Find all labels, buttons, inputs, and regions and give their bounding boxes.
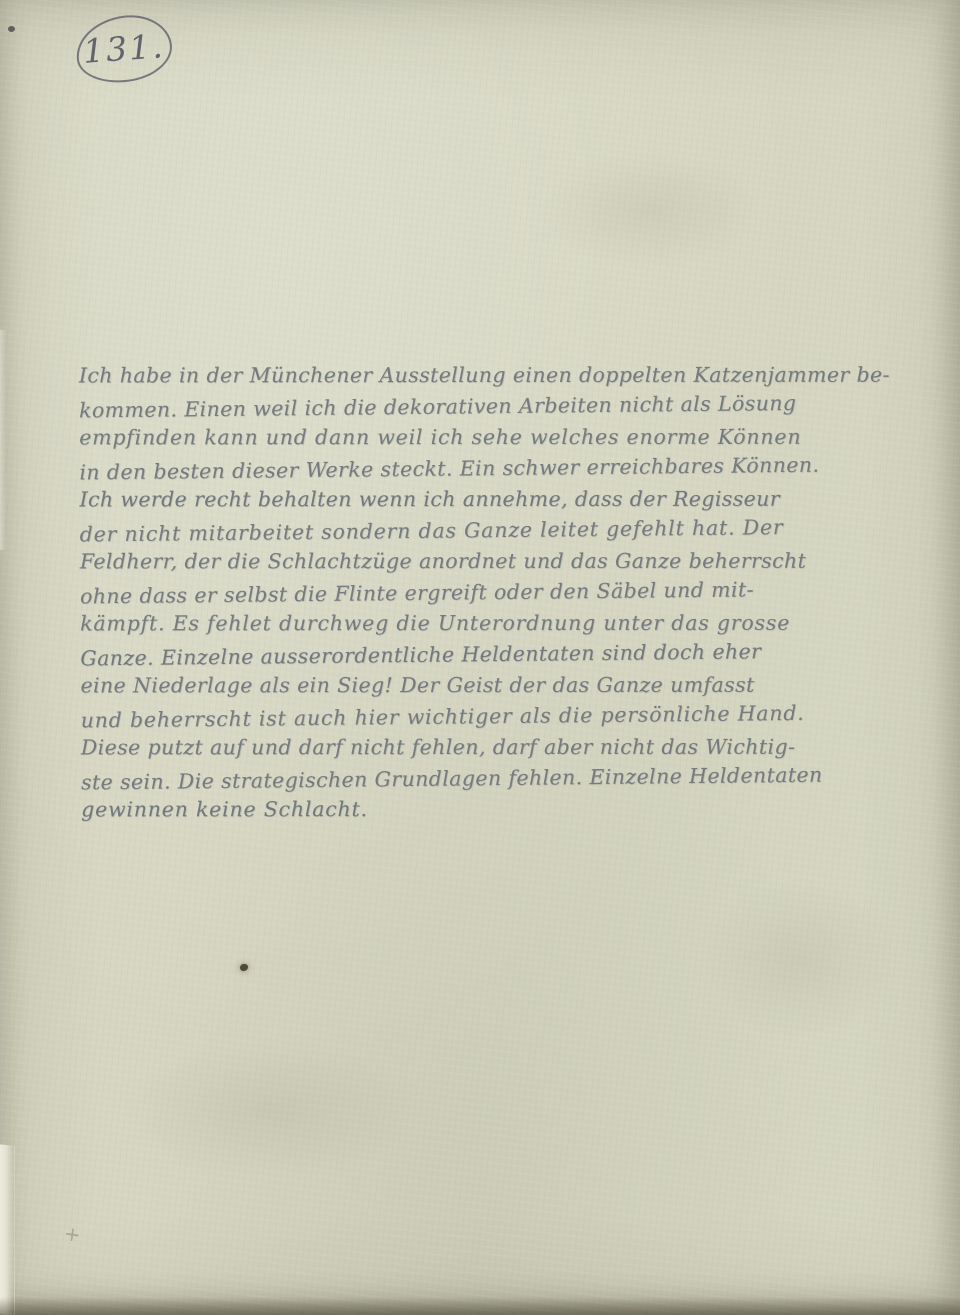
manuscript-line: in den besten dieser Werke steckt. Ein s…: [79, 449, 924, 489]
torn-edge: [0, 1144, 15, 1315]
paper-smudge: [540, 150, 760, 270]
manuscript-line: gewinnen keine Schlacht.: [81, 794, 926, 826]
manuscript-line: Ich werde recht behalten wenn ich annehm…: [79, 484, 924, 516]
manuscript-line: ohne dass er selbst die Flinte ergreift …: [80, 573, 925, 613]
pencil-circle: 131.: [72, 10, 175, 87]
edge-chip: [0, 330, 6, 551]
pencil-plus-mark: +: [62, 1221, 82, 1247]
manuscript-line: eine Niederlage als ein Sieg! Der Geist …: [80, 670, 925, 702]
corner-ink-speck: [8, 26, 15, 32]
manuscript-line: Ganze. Einzelne ausserordentliche Helden…: [80, 635, 925, 675]
page-number: 131.: [82, 26, 166, 71]
manuscript-line: kommen. Einen weil ich die dekorativen A…: [79, 387, 924, 427]
manuscript-page: 131. Ich habe in der Münchener Ausstellu…: [0, 0, 960, 1315]
paper-smudge: [700, 880, 900, 1040]
manuscript-line: der nicht mitarbeitet sondern das Ganze …: [80, 511, 925, 551]
manuscript-line: Ich habe in der Münchener Ausstellung ei…: [79, 360, 924, 392]
manuscript-line: empfinden kann und dann weil ich sehe we…: [79, 422, 924, 454]
page-number-circle: 131.: [72, 10, 175, 87]
paper-smudge: [120, 1040, 420, 1180]
manuscript-line: ste sein. Die strategischen Grundlagen f…: [81, 759, 926, 799]
manuscript-line: Feldherr, der die Schlachtzüge anordnet …: [80, 546, 925, 578]
manuscript-line: Diese putzt auf und darf nicht fehlen, d…: [81, 732, 926, 764]
manuscript-line: und beherrscht ist auch hier wichtiger a…: [81, 697, 926, 737]
handwritten-text-block: Ich habe in der Münchener Ausstellung ei…: [79, 358, 926, 827]
manuscript-line: kämpft. Es fehlet durchweg die Unterordn…: [80, 608, 925, 640]
